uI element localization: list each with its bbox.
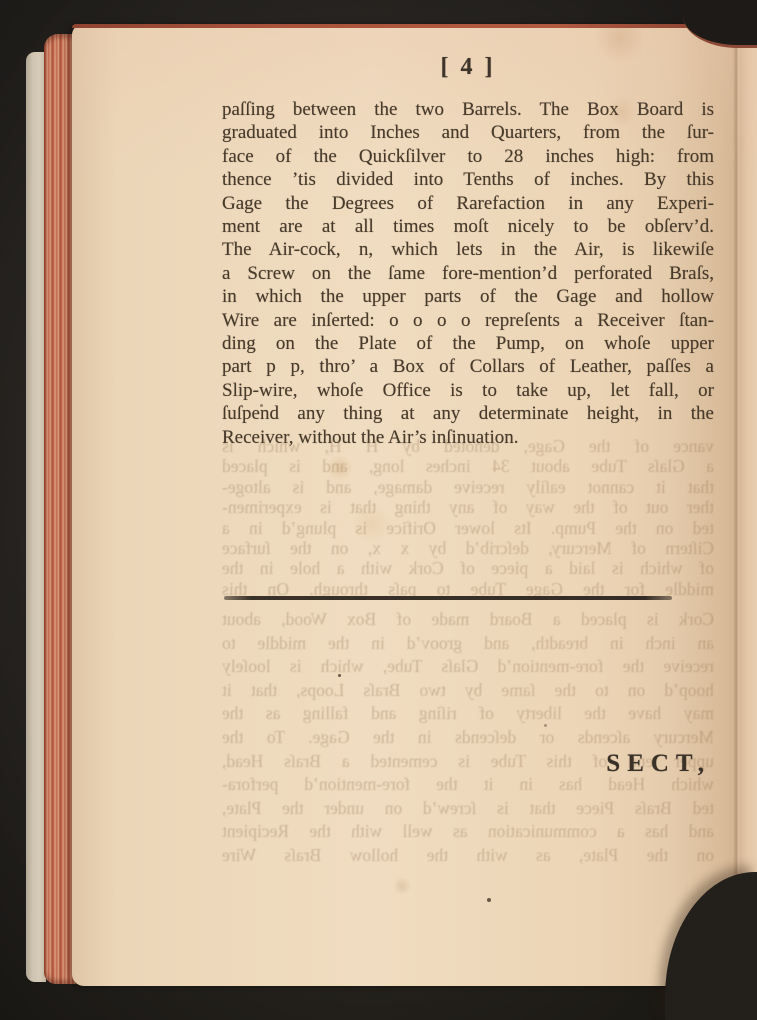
text-line: ding on the Plate of the Pump, on whoſe … — [222, 332, 714, 355]
foxing-speck — [338, 674, 341, 677]
ghost-line: a Glaſs Tube about 34 inches long, and i… — [222, 456, 714, 476]
foxing-speck — [544, 724, 547, 727]
bleed-through-lower: Cork is placed a Board made of Box Wood,… — [222, 608, 714, 868]
foxing-speck — [260, 404, 263, 407]
ghost-line: receive the fore-mention’d Glaſs Tube, w… — [222, 655, 714, 679]
text-line: part p p, thro’ a Box of Collars of Leat… — [222, 355, 714, 378]
under-page-edge — [26, 52, 46, 982]
text-line: ſuſpend any thing at any determinate hei… — [222, 402, 714, 425]
ghost-line: on the Plate, as with the hollow Braſs W… — [222, 844, 714, 868]
text-line: Wire are inſerted: o o o o repreſents a … — [222, 309, 714, 332]
ghost-line: an inch in breadth, and groov’d in the m… — [222, 632, 714, 656]
ghost-line: hoop’d on to the ſame by two Braſs Loops… — [222, 679, 714, 703]
red-top-edge — [72, 24, 757, 28]
ghost-line: Mercury aſcends or deſcends in the Gage.… — [222, 726, 714, 750]
text-line: a Screw on the ſame fore-mention’d perfo… — [222, 262, 714, 285]
ghost-line: may have the liberty of riſing and falli… — [222, 702, 714, 726]
ghost-line: of which is laid a piece of Cork with a … — [222, 558, 714, 578]
ghost-line: ted on the Pump. Its lower Orifice is pl… — [222, 518, 714, 538]
catchword: SECT, — [606, 750, 711, 778]
text-line: ment are at all times moſt nicely to be … — [222, 215, 714, 238]
foxing-speck — [487, 898, 491, 902]
ghost-line: and has a communication as well with the… — [222, 820, 714, 844]
book-page: [ 4 ] paſſing between the two Barrels. T… — [72, 24, 757, 986]
page-number: [ 4 ] — [222, 54, 714, 81]
book-scan: [ 4 ] paſſing between the two Barrels. T… — [0, 0, 757, 1020]
text-line: in which the upper parts of the Gage and… — [222, 285, 714, 308]
ghost-line: Ciſtern of Mercury, deſcrib’d by x x, on… — [222, 538, 714, 558]
ghost-line: ted Braſs Piece that is ſcrew’d on under… — [222, 797, 714, 821]
text-line: thence ’tis divided into Tenths of inche… — [222, 168, 714, 191]
gutter-crease — [733, 28, 739, 986]
section-rule — [224, 596, 672, 600]
ghost-line: that it cannot eaſily receive damage, an… — [222, 477, 714, 497]
text-line: face of the Quickſilver to 28 inches hig… — [222, 145, 714, 168]
main-paragraph: paſſing between the two Barrels. The Box… — [222, 98, 714, 449]
bleed-through-upper: vance of the Gage, denoted by H H, which… — [222, 436, 714, 599]
ghost-line: vance of the Gage, denoted by H H, which… — [222, 436, 714, 456]
text-line: Gage the Degrees of Rarefaction in any E… — [222, 192, 714, 215]
text-line: Slip-wire, whoſe Office is to take up, l… — [222, 379, 714, 402]
ghost-line: Cork is placed a Board made of Box Wood,… — [222, 608, 714, 632]
text-line: graduated into Inches and Quarters, from… — [222, 121, 714, 144]
text-line: paſſing between the two Barrels. The Box… — [222, 98, 714, 121]
text-line: The Air-cock, n, which lets in the Air, … — [222, 238, 714, 261]
ghost-line: ther out of the way of any thing that is… — [222, 497, 714, 517]
